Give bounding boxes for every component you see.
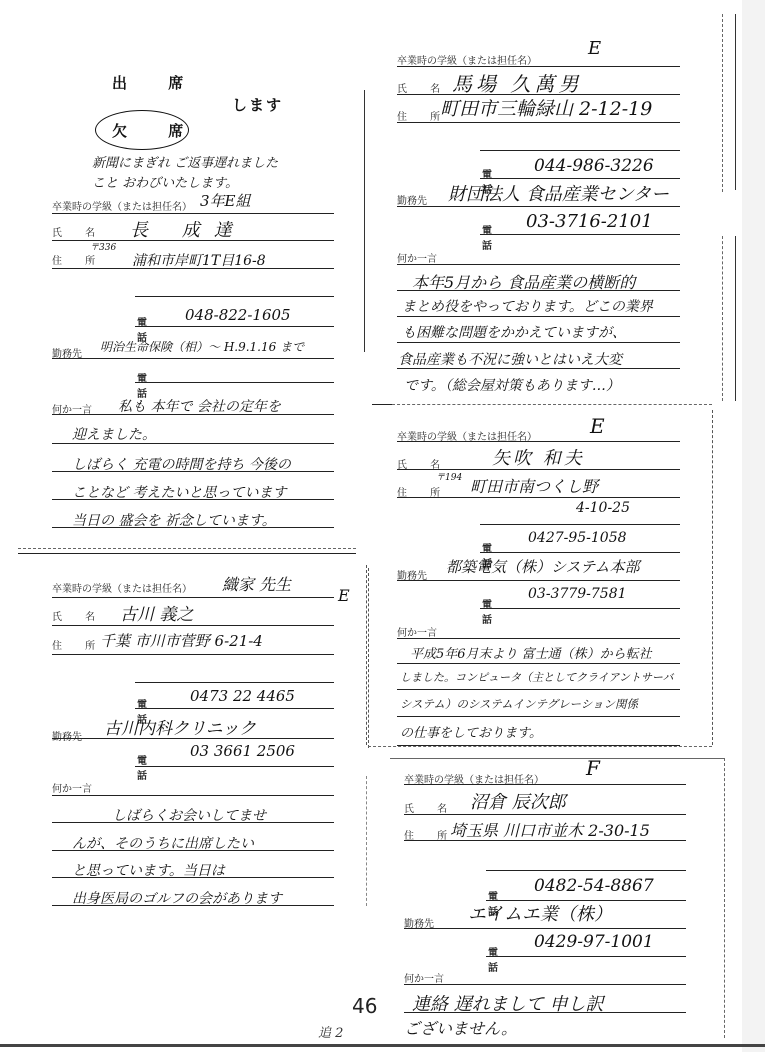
card5-name-value: 沼倉 辰次郎 [470,788,566,814]
form-line [404,1012,686,1013]
card4-comment-line-4: の仕事をしております。 [400,722,542,741]
card3-comment-line-3: も困難な問題をかかえていますが、 [402,322,626,342]
workplace-label: 勤務先 [52,728,82,743]
card-border [366,776,367,906]
selection-circle [95,110,189,150]
form-line [480,150,680,151]
form-line [52,795,334,796]
phone-label: 電 話 [488,944,506,974]
card4-workplace-value: 都築電気（株）システム本部 [446,556,640,577]
card4-phone-value: 0427-95-1058 [528,530,627,546]
form-line [404,784,686,785]
form-line [480,234,680,235]
card5-class-value: F [586,756,600,780]
card3-name-value: 馬場 久萬男 [452,68,582,97]
card2-phone-value: 0473 22 4465 [190,687,295,705]
form-line [480,552,680,553]
class-label: 卒業時の学級（または担任名） [52,580,192,595]
card3-comment-line-2: まとめ役をやっております。どこの業界 [402,296,653,316]
card-border [735,14,736,190]
class-label: 卒業時の学級（または担任名） [52,198,192,213]
form-line [135,766,334,767]
name-label: 氏 名 [397,80,450,95]
card3-comment-line-4: 食品産業も不況に強いとはいえ大変 [398,349,622,369]
form-line [480,524,680,525]
card-border [366,565,367,745]
form-line [52,527,334,528]
card-divider [368,746,712,747]
card-border [722,236,723,401]
card-border [724,758,725,1038]
card3-comment-line-5: です。（総会屋対策もあります…） [404,375,620,395]
form-line [404,814,686,815]
form-line [135,326,334,327]
form-line [404,928,686,929]
card-border [364,90,365,352]
form-line [397,206,680,207]
card5-phone-value: 0482-54-8867 [534,876,654,896]
address-label: 住 所 [52,252,105,267]
card3-work-phone-value: 03-3716-2101 [526,211,653,232]
form-line [397,368,680,369]
phone-label: 電 話 [482,596,500,626]
card4-address-line-1: 町田市南つくし野 [470,474,598,497]
form-line [397,264,680,265]
comment-label: 何か一言 [397,250,437,265]
phone-label: 電 話 [137,752,155,782]
card2-class-extra: E [338,586,350,605]
class-label: 卒業時の学級（または担任名） [397,52,537,67]
form-line [397,689,680,690]
form-line [372,404,392,405]
form-line [135,296,334,297]
scan-margin [742,0,765,1052]
card1-workplace-value: 明治生命保険（相）〜 H.9.1.16 まで [100,338,304,355]
form-line [397,663,680,664]
form-line [52,213,334,214]
comment-label: 何か一言 [404,970,444,985]
form-line [52,822,334,823]
card-top-edge [390,758,725,759]
form-line [52,877,334,878]
card3-class-value: E [588,38,601,59]
form-line [52,850,334,851]
form-line [52,443,334,444]
card-border [722,14,723,192]
form-line [397,716,680,717]
form-line [397,316,680,317]
workplace-label: 勤務先 [397,192,427,207]
card2-work-phone-value: 03 3661 2506 [190,742,295,760]
card5-work-phone-value: 0429-97-1001 [534,932,654,952]
card-border [712,410,713,745]
name-label: 氏 名 [52,608,105,623]
form-line [52,625,334,626]
card4-comment-line-2: しました。コンピュータ（主としてクライアントサーバ [400,669,673,685]
form-line [397,580,680,581]
form-line [480,608,680,609]
form-line [52,738,334,739]
card1-postal: 〒336 [90,240,116,253]
form-line [135,382,334,383]
page-note: 追 2 [318,1022,343,1041]
card4-address-line-2: 4-10-25 [576,500,630,516]
card4-class-value: E [590,414,605,438]
card-divider [18,548,356,549]
form-line [52,905,334,906]
form-line [404,840,686,841]
card4-comment-line-1: 平成5年6月末より 富士通（株）から転社 [410,643,652,662]
form-line [52,654,334,655]
card-top-edge [18,553,356,554]
form-line [52,358,334,359]
card1-comment-line-2: 迎えました。 [72,424,156,444]
card1-address-value: 浦和市岸町1T目16-8 [132,250,266,270]
card2-class-value: 織家 先生 [222,572,291,595]
form-line [135,682,334,683]
card3-address-value: 町田市三輪緑山 2-12-19 [440,94,652,121]
card2-address-value: 千葉 市川市菅野 6-21-4 [100,630,263,651]
card1-phone-value: 048-822-1605 [185,306,291,324]
card5-workplace-value: エイムエ業（株） [468,900,612,926]
form-line [52,597,334,598]
form-line [404,984,686,985]
card-border [368,568,369,748]
card1-note-line-1: 新聞にまぎれ ご返事遅れました [92,152,278,171]
address-label: 住 所 [52,637,105,652]
attendance-shimasu-label: します [232,94,283,115]
form-line [397,66,680,67]
card-border [735,236,736,401]
bottom-edge [0,1044,765,1047]
page-number: 46 [352,994,377,1018]
card1-comment-line-1: 私も 本年で 会社の定年を [118,396,281,416]
card1-name-value: 長 成達 [130,216,246,242]
card2-workplace-value: 古川内科クリニック [104,714,256,739]
card-divider [392,404,712,405]
card3-phone-value: 044-986-3226 [534,156,654,176]
comment-label: 何か一言 [397,624,437,639]
card3-workplace-value: 財団法人 食品産業センター [448,180,669,206]
phone-label: 電 話 [482,222,500,252]
form-line [397,290,680,291]
form-line [52,414,334,415]
form-line [480,178,680,179]
card4-postal: 〒194 [436,470,462,483]
comment-label: 何か一言 [52,780,92,795]
name-label: 氏 名 [52,224,105,239]
card1-class-value: 3年E組 [200,190,251,211]
name-label: 氏 名 [404,800,457,815]
form-line [397,441,680,442]
form-line [486,956,686,957]
card4-name-value: 矢吹 和夫 [492,444,585,470]
attendance-present-option[interactable]: 出 席 [112,72,201,93]
form-line [397,122,680,123]
form-line [52,471,334,472]
form-line [52,499,334,500]
card5-address-value: 埼玉県 川口市並木 2-30-15 [450,818,650,841]
card4-comment-line-3: システム）のシステムインテグレーション関係 [400,696,638,712]
form-line [135,708,334,709]
card4-work-phone-value: 03-3779-7581 [528,586,627,602]
card2-name-value: 古川 義之 [120,600,193,625]
form-line [52,268,334,269]
form-line [486,870,686,871]
form-line [397,342,680,343]
card1-note-line-2: こと おわびいたします。 [92,172,238,191]
form-line [397,497,680,498]
card5-comment-line-2: ございません。 [404,1016,517,1039]
form-line [397,638,680,639]
